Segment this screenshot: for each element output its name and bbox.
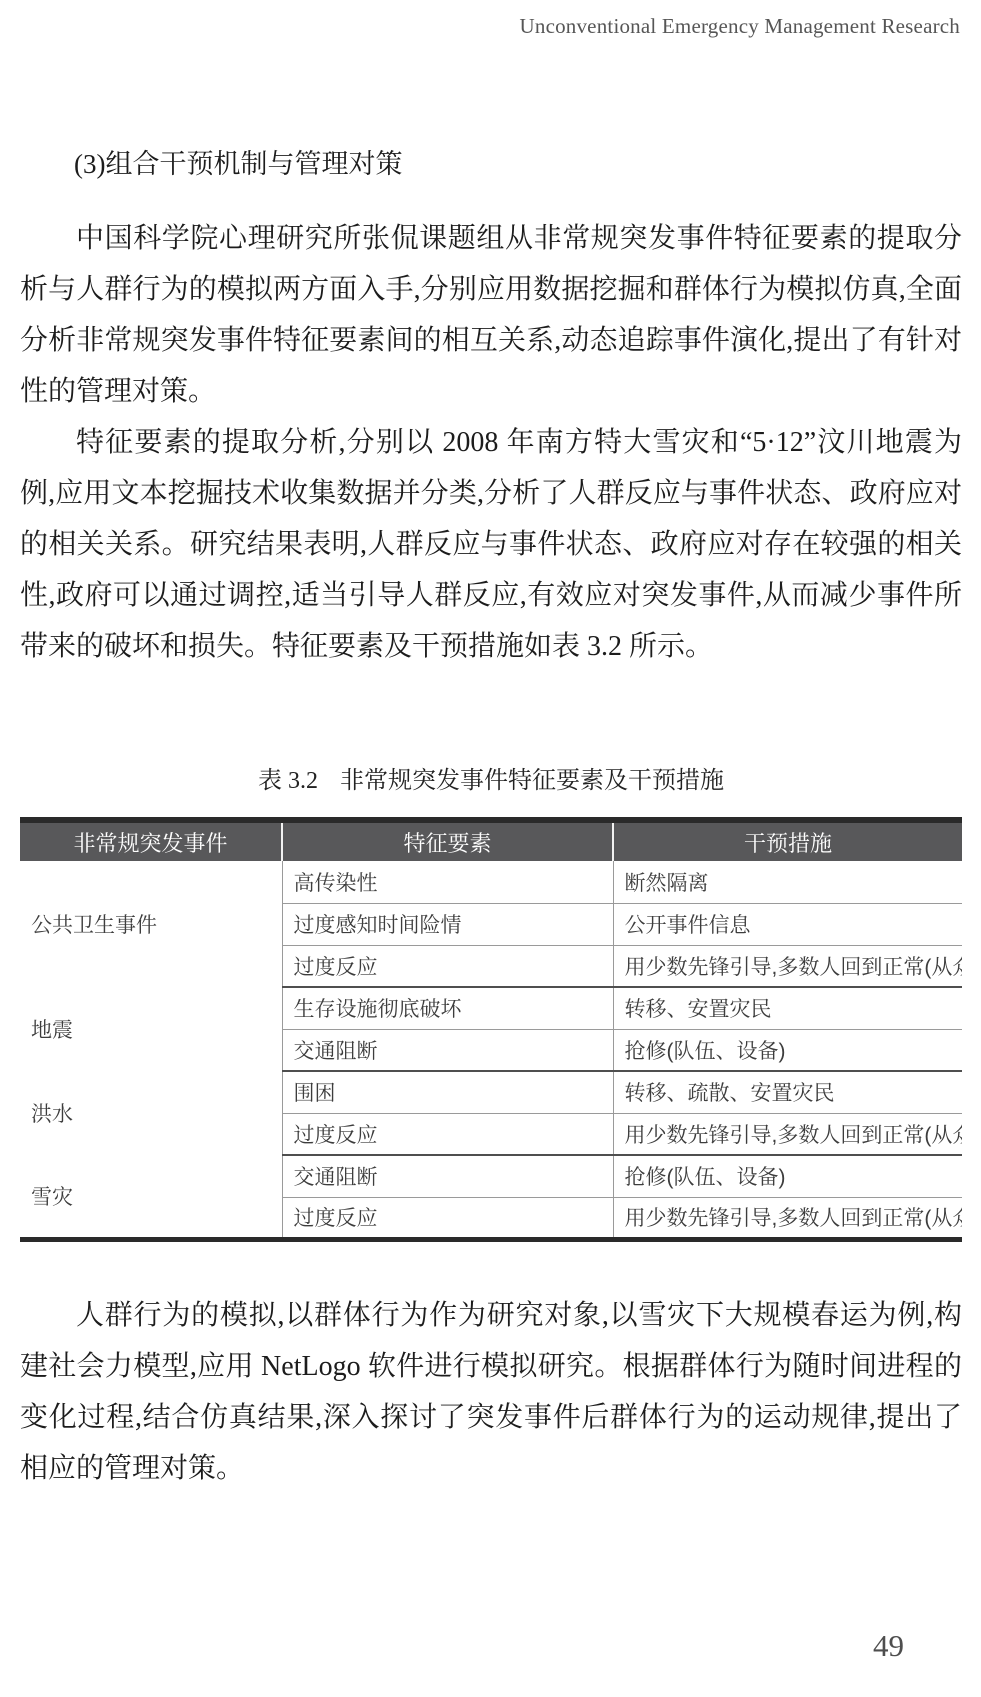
- table-caption-text: 非常规突发事件特征要素及干预措施: [340, 768, 724, 794]
- event-cell: 洪水: [20, 1071, 282, 1155]
- measure-cell: 用少数先锋引导,多数人回到正常(从众): [613, 1113, 962, 1155]
- feature-cell: 生存设施彻底破坏: [282, 987, 613, 1029]
- measure-cell: 抢修(队伍、设备): [613, 1029, 962, 1071]
- feature-cell: 交通阻断: [282, 1029, 613, 1071]
- measure-cell: 断然隔离: [613, 861, 962, 903]
- features-measures-table: 非常规突发事件 特征要素 干预措施 公共卫生事件 高传染性 断然隔离 过度感知时…: [20, 817, 962, 1242]
- feature-cell: 过度感知时间险情: [282, 903, 613, 945]
- table-header-row: 非常规突发事件 特征要素 干预措施: [20, 820, 962, 861]
- measure-cell: 转移、安置灾民: [613, 987, 962, 1029]
- feature-cell: 围困: [282, 1071, 613, 1113]
- paragraph-3: 人群行为的模拟,以群体行为作为研究对象,以雪灾下大规模春运为例,构建社会力模型,…: [20, 1290, 962, 1494]
- table-row: 雪灾 交通阻断 抢修(队伍、设备): [20, 1155, 962, 1197]
- page-content: (3)组合干预机制与管理对策 中国科学院心理研究所张侃课题组从非常规突发事件特征…: [0, 142, 981, 1494]
- event-cell: 公共卫生事件: [20, 861, 282, 987]
- measure-cell: 公开事件信息: [613, 903, 962, 945]
- measure-cell: 用少数先锋引导,多数人回到正常(从众): [613, 945, 962, 987]
- feature-cell: 过度反应: [282, 1113, 613, 1155]
- event-cell: 雪灾: [20, 1155, 282, 1239]
- column-header-feature: 特征要素: [282, 820, 613, 861]
- feature-cell: 交通阻断: [282, 1155, 613, 1197]
- paragraph-2: 特征要素的提取分析,分别以 2008 年南方特大雪灾和“5·12”汶川地震为例,…: [20, 417, 962, 672]
- measure-cell: 转移、疏散、安置灾民: [613, 1071, 962, 1113]
- page-number: 49: [873, 1628, 904, 1664]
- feature-cell: 高传染性: [282, 861, 613, 903]
- measure-cell: 用少数先锋引导,多数人回到正常(从众): [613, 1197, 962, 1239]
- table-row: 洪水 围困 转移、疏散、安置灾民: [20, 1071, 962, 1113]
- feature-cell: 过度反应: [282, 1197, 613, 1239]
- column-header-measure: 干预措施: [613, 820, 962, 861]
- table-row: 地震 生存设施彻底破坏 转移、安置灾民: [20, 987, 962, 1029]
- section-heading: (3)组合干预机制与管理对策: [20, 142, 962, 181]
- table-caption: 表 3.2非常规突发事件特征要素及干预措施: [20, 760, 962, 795]
- feature-cell: 过度反应: [282, 945, 613, 987]
- table-caption-label: 表 3.2: [258, 768, 318, 794]
- running-head: Unconventional Emergency Management Rese…: [520, 14, 961, 39]
- measure-cell: 抢修(队伍、设备): [613, 1155, 962, 1197]
- column-header-event: 非常规突发事件: [20, 820, 282, 861]
- document-page: Unconventional Emergency Management Rese…: [0, 0, 981, 1697]
- paragraph-1: 中国科学院心理研究所张侃课题组从非常规突发事件特征要素的提取分析与人群行为的模拟…: [20, 213, 962, 417]
- table-row: 公共卫生事件 高传染性 断然隔离: [20, 861, 962, 903]
- event-cell: 地震: [20, 987, 282, 1071]
